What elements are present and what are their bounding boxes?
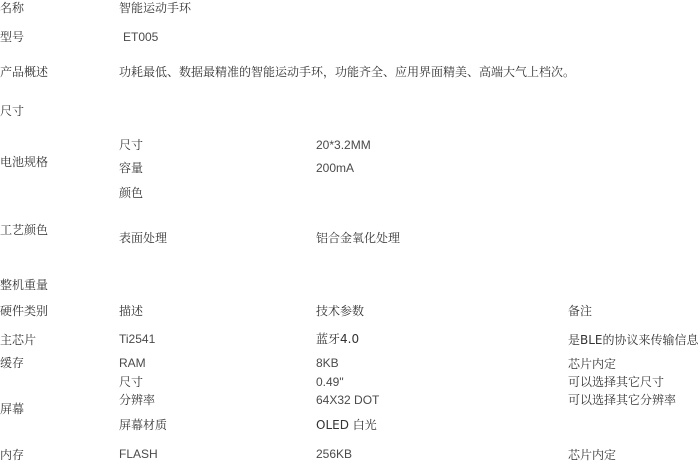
screen-size-param: 0.49": [316, 375, 344, 389]
chip-desc: Ti2541: [119, 332, 155, 346]
battery-capacity-key: 容量: [119, 161, 143, 175]
cache-note: 芯片内定: [568, 357, 616, 371]
model-value: ET005: [123, 30, 158, 44]
overview-value: 功耗最低、数据最精准的智能运动手环，功能齐全、应用界面精美、高端大气上档次。: [119, 65, 575, 79]
screen-size-desc: 尺寸: [119, 375, 143, 389]
hw-header-category: 硬件类别: [0, 304, 48, 318]
weight-label: 整机重量: [0, 278, 48, 292]
battery-label: 电池规格: [0, 155, 48, 169]
overview-label: 产品概述: [0, 65, 48, 79]
name-label: 名称: [0, 1, 24, 15]
memory-category: 内存: [0, 448, 24, 462]
cache-param: 8KB: [316, 356, 339, 370]
screen-size-note: 可以选择其它尺寸: [568, 375, 664, 389]
cache-category: 缓存: [0, 356, 24, 370]
screen-category: 屏幕: [0, 402, 24, 416]
screen-resolution-param: 64X32 DOT: [316, 393, 379, 407]
model-label: 型号: [0, 30, 24, 44]
cache-desc: RAM: [119, 356, 146, 370]
memory-desc: FLASH: [119, 447, 158, 461]
screen-resolution-desc: 分辨率: [119, 393, 155, 407]
screen-material-desc: 屏幕材质: [119, 418, 167, 432]
battery-capacity-value: 200mA: [316, 161, 354, 175]
chip-note: 是BLE的协议来传输信息: [568, 333, 699, 347]
craft-key: 表面处理: [119, 231, 167, 245]
memory-param: 256KB: [316, 447, 352, 461]
screen-resolution-note: 可以选择其它分辨率: [568, 393, 676, 407]
hw-header-note: 备注: [568, 304, 592, 318]
size-label: 尺寸: [0, 104, 24, 118]
hw-header-param: 技术参数: [316, 304, 364, 318]
name-value: 智能运动手环: [119, 1, 191, 15]
battery-size-key: 尺寸: [119, 138, 143, 152]
battery-color-key: 颜色: [119, 186, 143, 200]
chip-category: 主芯片: [0, 333, 36, 347]
craft-value: 铝合金氧化处理: [316, 231, 400, 245]
battery-size-value: 20*3.2MM: [316, 138, 371, 152]
chip-param: 蓝牙4.0: [316, 332, 359, 346]
craft-label: 工艺颜色: [0, 223, 48, 237]
memory-note: 芯片内定: [568, 448, 616, 462]
screen-material-param: OLED 白光: [316, 418, 377, 432]
hw-header-desc: 描述: [119, 304, 143, 318]
